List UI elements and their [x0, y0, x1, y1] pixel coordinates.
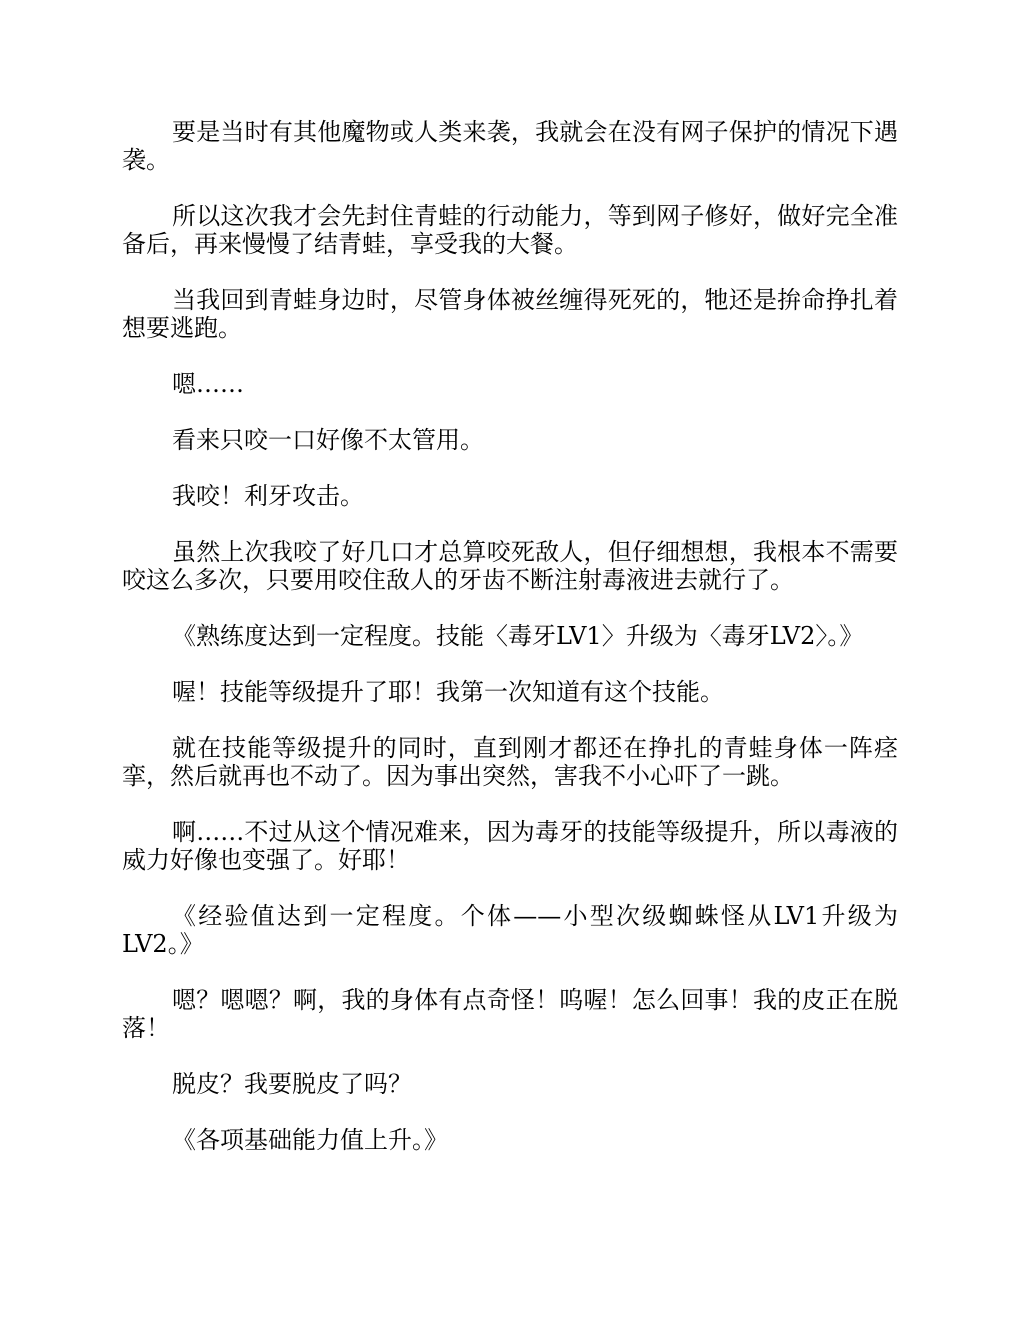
paragraph-9: 喔！技能等级提升了耶！我第一次知道有这个技能。: [122, 678, 898, 706]
paragraph-14: 脱皮？我要脱皮了吗？: [122, 1070, 898, 1098]
system-message-skill-levelup: 《熟练度达到一定程度。技能〈毒牙LV1〉升级为〈毒牙LV2〉。》: [122, 622, 898, 650]
document-page: 要是当时有其他魔物或人类来袭，我就会在没有网子保护的情况下遇袭。 所以这次我才会…: [122, 118, 898, 1182]
paragraph-1: 要是当时有其他魔物或人类来袭，我就会在没有网子保护的情况下遇袭。: [122, 118, 898, 174]
paragraph-11: 啊……不过从这个情况难来，因为毒牙的技能等级提升，所以毒液的威力好像也变强了。好…: [122, 818, 898, 874]
system-message-level-up: 《经验值达到一定程度。个体——小型次级蜘蛛怪从LV1升级为LV2。》: [122, 902, 898, 958]
paragraph-6: 我咬！利牙攻击。: [122, 482, 898, 510]
paragraph-2: 所以这次我才会先封住青蛙的行动能力，等到网子修好，做好完全准备后，再来慢慢了结青…: [122, 202, 898, 258]
paragraph-4: 嗯……: [122, 370, 898, 398]
paragraph-3: 当我回到青蛙身边时，尽管身体被丝缠得死死的，牠还是拚命挣扎着想要逃跑。: [122, 286, 898, 342]
paragraph-5: 看来只咬一口好像不太管用。: [122, 426, 898, 454]
paragraph-13: 嗯？嗯嗯？啊，我的身体有点奇怪！呜喔！怎么回事！我的皮正在脱落！: [122, 986, 898, 1042]
paragraph-10: 就在技能等级提升的同时，直到刚才都还在挣扎的青蛙身体一阵痉挛，然后就再也不动了。…: [122, 734, 898, 790]
system-message-stats-up: 《各项基础能力值上升。》: [122, 1126, 898, 1154]
paragraph-7: 虽然上次我咬了好几口才总算咬死敌人，但仔细想想，我根本不需要咬这么多次，只要用咬…: [122, 538, 898, 594]
